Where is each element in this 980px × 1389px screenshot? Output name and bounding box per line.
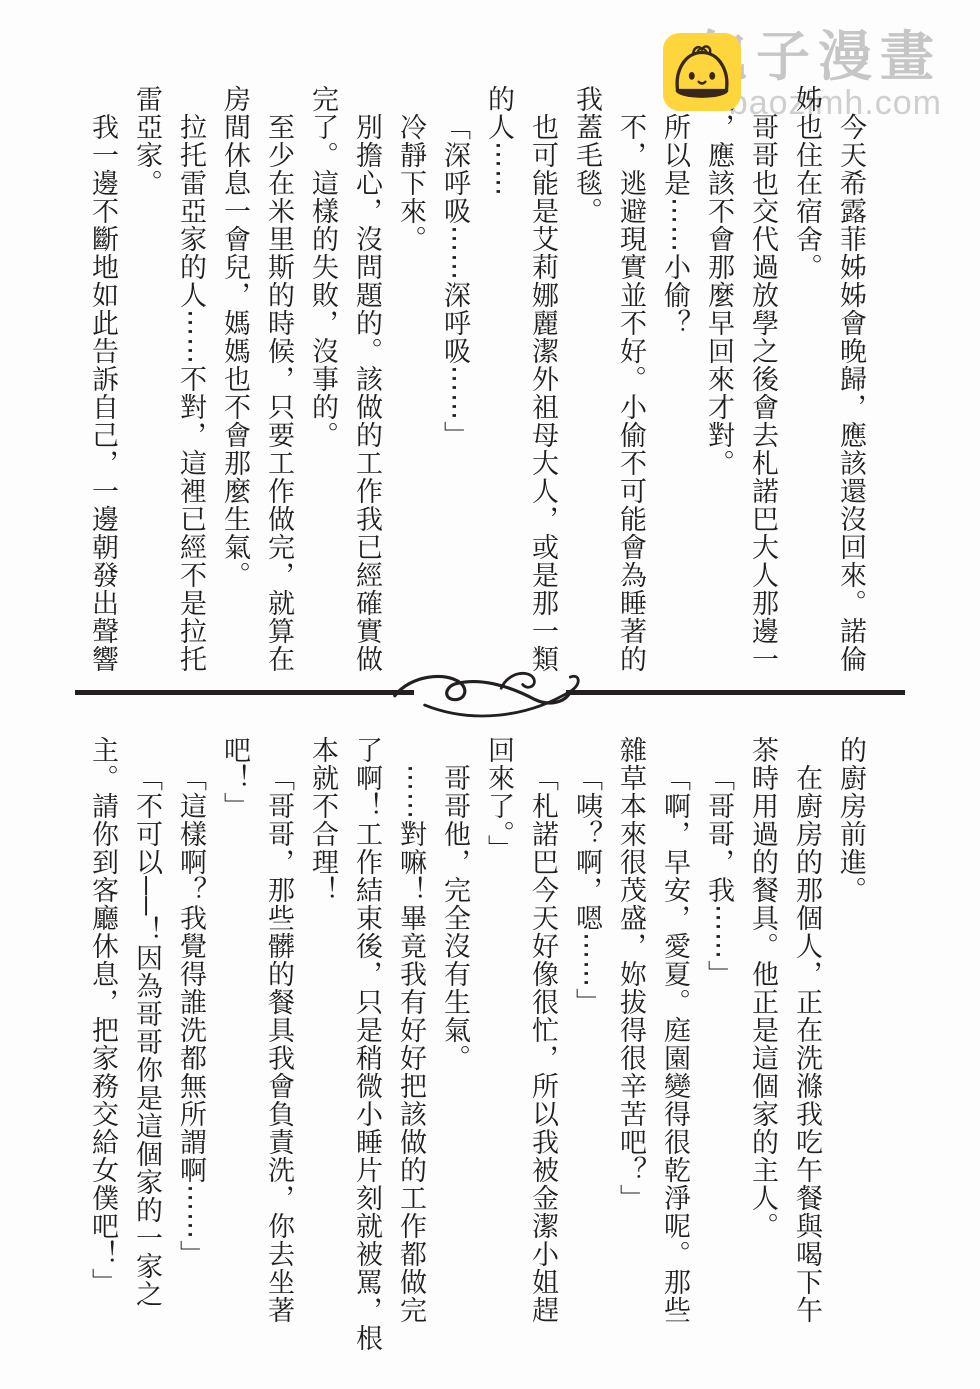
text-column: 不，逃避現實並不好。小偷不可能會為睡著的	[609, 85, 653, 670]
text-column: 本就不合理！	[301, 736, 345, 1366]
text-column: 在廚房的那個人，正在洗滌我吃午餐與喝下午	[785, 736, 829, 1366]
text-column: 的人⋯⋯	[477, 85, 521, 670]
text-column: 「哥哥，那些髒的餐具我會負責洗，你去坐著	[257, 736, 301, 1366]
bottom-text-section: 的廚房前進。在廚房的那個人，正在洗滌我吃午餐與喝下午茶時用過的餐具。他正是這個家…	[81, 736, 873, 1366]
text-column: 房間休息一會兒，媽媽也不會那麼生氣。	[213, 85, 257, 670]
text-column: 茶時用過的餐具。他正是這個家的主人。	[741, 736, 785, 1366]
text-column: 拉托雷亞家的人⋯⋯不對，這裡已經不是拉托	[169, 85, 213, 670]
novel-page: 包子漫畫 baozimh.com 今天希露菲姊姊會晚歸，應該還沒回來。諾倫姊也住…	[0, 0, 980, 1389]
text-column: 「札諾巴今天好像很忙，所以我被金潔小姐趕	[521, 736, 565, 1366]
top-text-section: 今天希露菲姊姊會晚歸，應該還沒回來。諾倫姊也住在宿舍。哥哥也交代過放學之後會去札…	[81, 85, 873, 670]
text-column: 雷亞家。	[125, 85, 169, 670]
text-column: 姊也住在宿舍。	[785, 85, 829, 670]
text-column: 吧！」	[213, 736, 257, 1366]
text-column: 「咦？啊，嗯⋯⋯」	[565, 736, 609, 1366]
text-column: 至少在米里斯的時候，只要工作做完，就算在	[257, 85, 301, 670]
divider-line-right	[566, 690, 905, 695]
text-column: 也可能是艾莉娜麗潔外祖母大人，或是那一類	[521, 85, 565, 670]
text-column: 我蓋毛毯。	[565, 85, 609, 670]
text-column: 所以是⋯⋯小偷？	[653, 85, 697, 670]
text-column: 的廚房前進。	[829, 736, 873, 1366]
text-column: 了啊！工作結束後，只是稍微小睡片刻就被罵，根	[345, 736, 389, 1366]
text-column: 趟，應該不會那麼早回來才對。	[697, 85, 741, 670]
text-column: 完了。這樣的失敗，沒事的。	[301, 85, 345, 670]
text-column: 哥哥他，完全沒有生氣。	[433, 736, 477, 1366]
text-column: 別擔心，沒問題的。該做的工作我已經確實做	[345, 85, 389, 670]
text-column: ⋯⋯對嘛！畢竟我有好好把該做的工作都做完	[389, 736, 433, 1366]
text-column: 「不可以──！因為哥哥你是這個家的一家之	[125, 736, 169, 1366]
text-column: 回來了。」	[477, 736, 521, 1366]
text-column: 今天希露菲姊姊會晚歸，應該還沒回來。諾倫	[829, 85, 873, 670]
text-column: 「深呼吸⋯⋯深呼吸⋯⋯」	[433, 85, 477, 670]
text-column: 「哥哥，我⋯⋯」	[697, 736, 741, 1366]
text-column: 冷靜下來。	[389, 85, 433, 670]
text-column: 「啊，早安，愛夏。庭園變得很乾淨呢。那些	[653, 736, 697, 1366]
divider-line-left	[75, 690, 414, 695]
baozi-bun-icon	[663, 33, 741, 111]
text-column: 雜草本來很茂盛，妳拔得很辛苦吧？」	[609, 736, 653, 1366]
text-column: 主。請你到客廳休息，把家務交給女僕吧！」	[81, 736, 125, 1366]
text-column: 哥哥也交代過放學之後會去札諾巴大人那邊一	[741, 85, 785, 670]
text-column: 我一邊不斷地如此告訴自己，一邊朝發出聲響	[81, 85, 125, 670]
text-column: 「這樣啊？我覺得誰洗都無所謂啊⋯⋯」	[169, 736, 213, 1366]
calligraphic-flourish-icon	[380, 664, 600, 720]
